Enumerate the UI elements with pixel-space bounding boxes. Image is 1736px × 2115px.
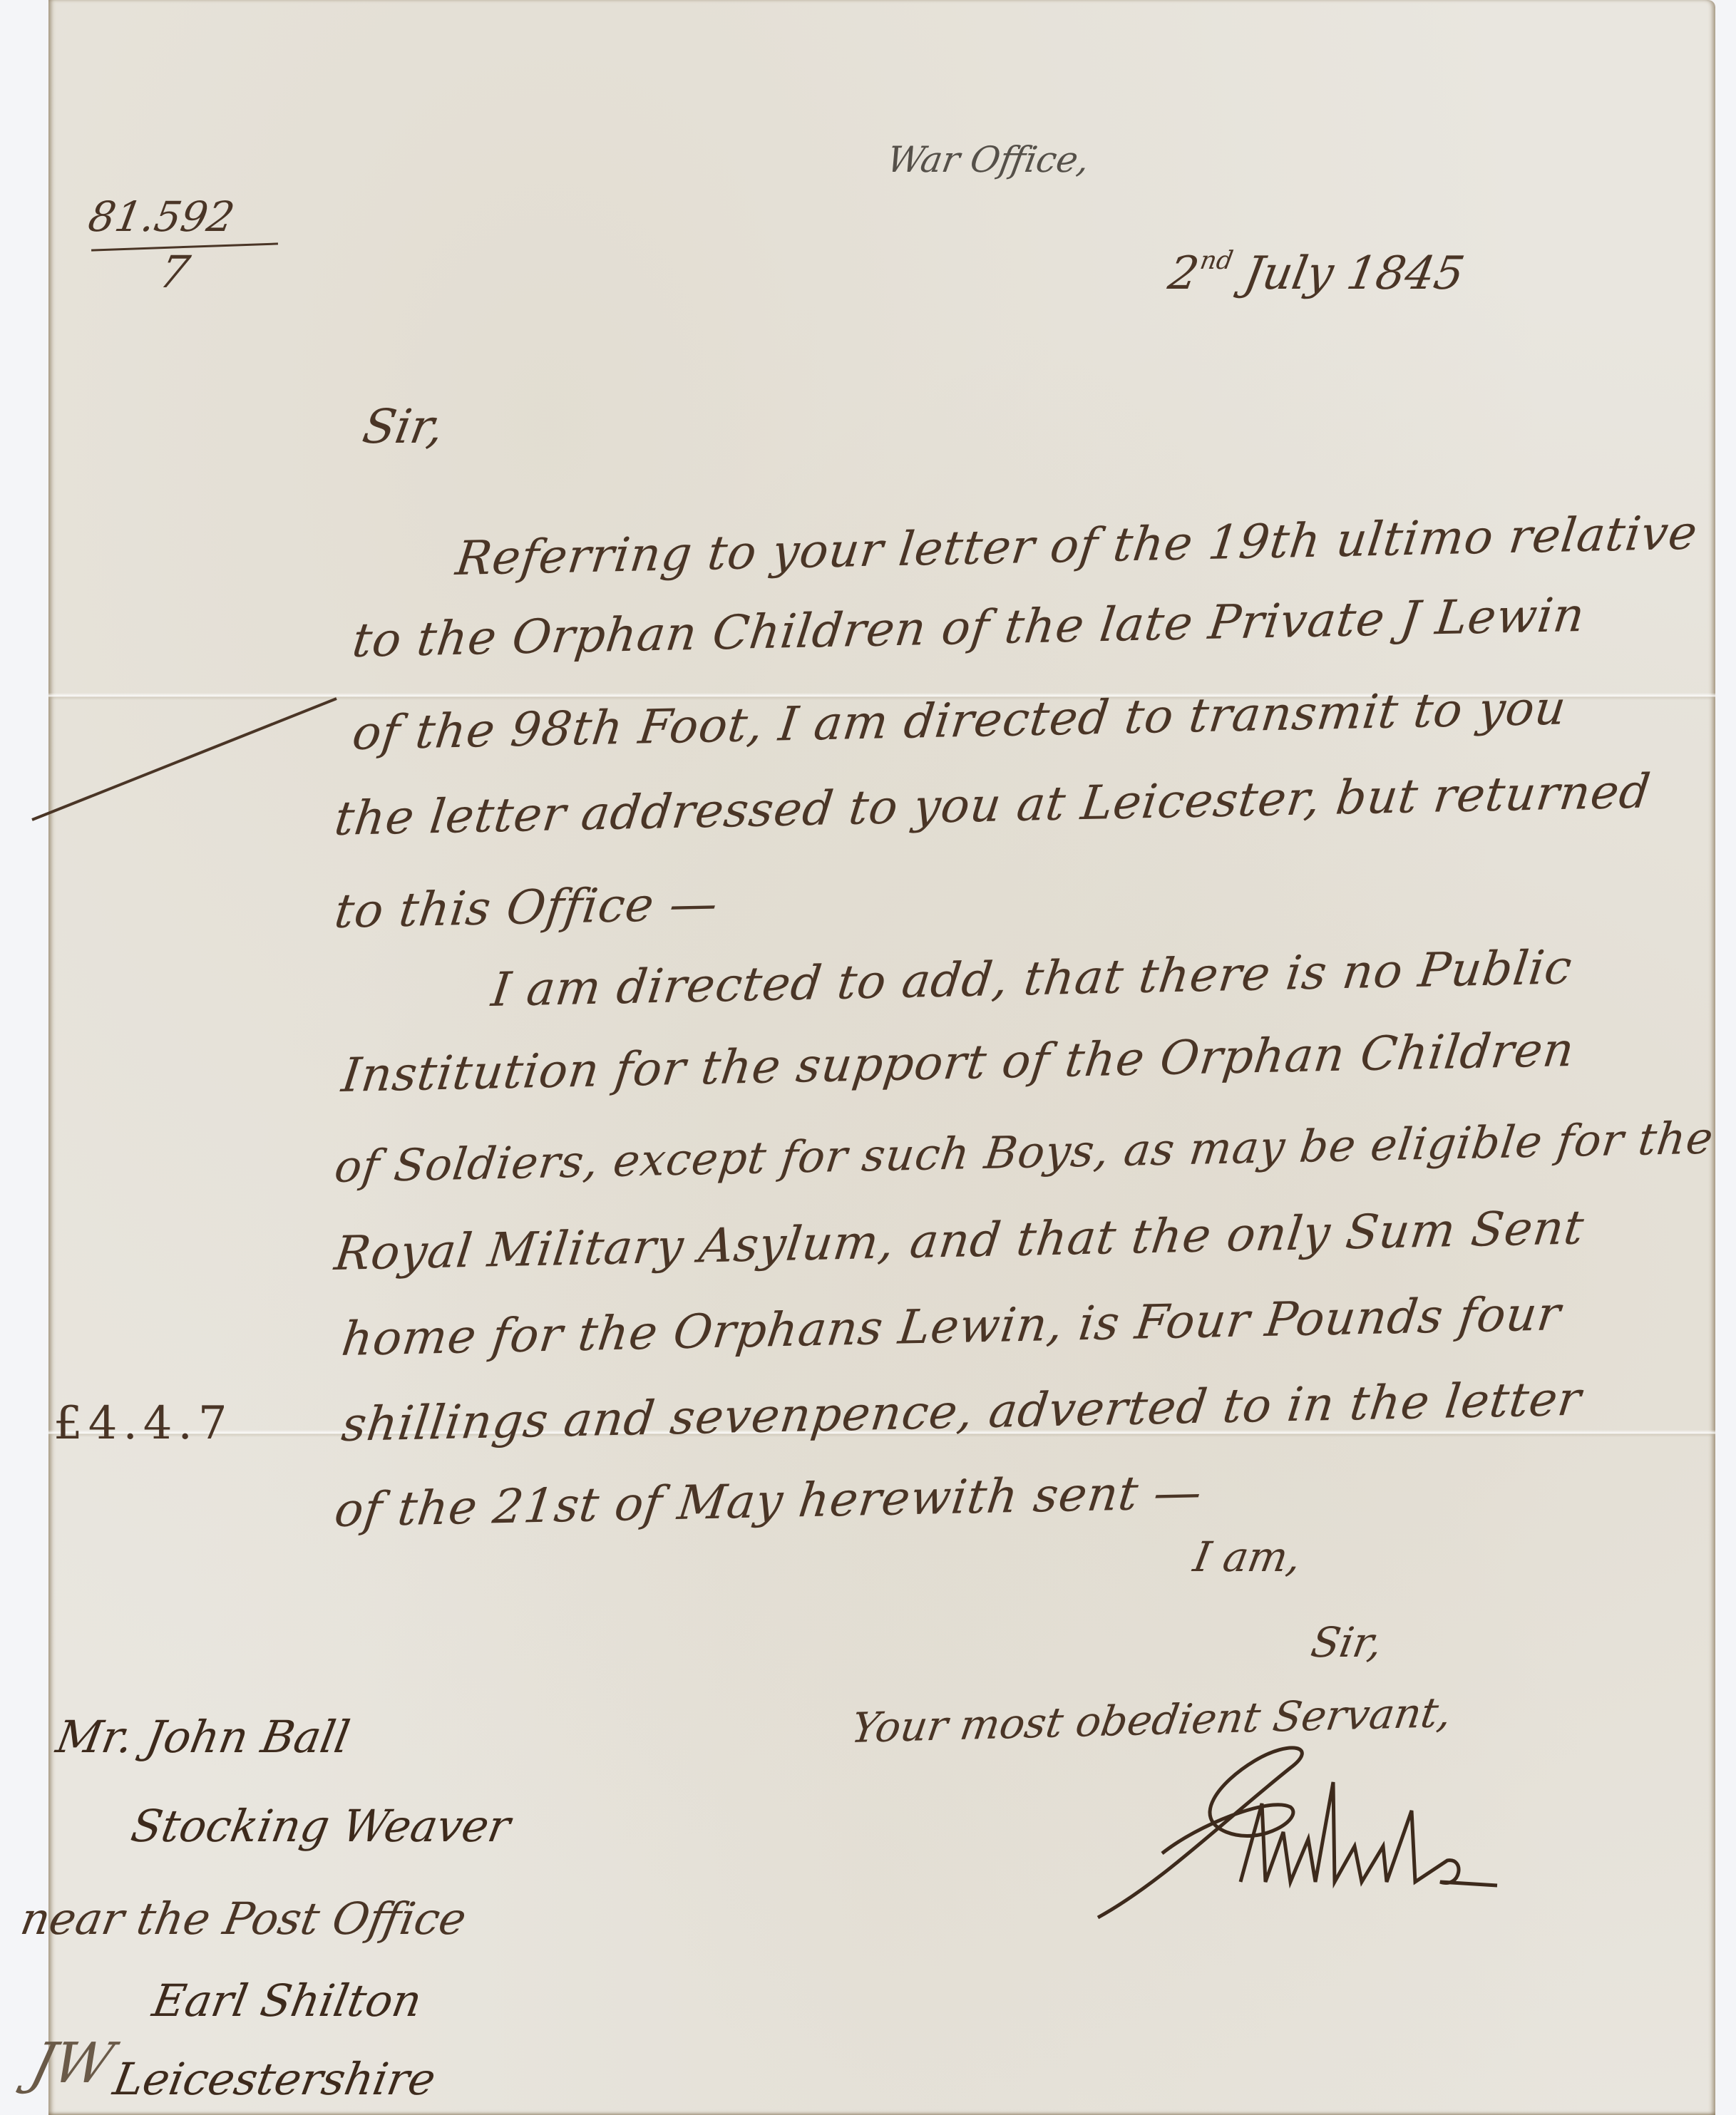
margin-note-amount: £4.4.7	[53, 1397, 233, 1450]
letterhead: War Office,	[884, 139, 1093, 180]
address-initials: JW	[24, 2032, 120, 2096]
address-location: near the Post Office	[17, 1893, 471, 1945]
date-day-suffix: nd	[1198, 246, 1235, 275]
address-county: Leicestershire	[110, 2053, 440, 2105]
signature-flourish-icon	[1077, 1739, 1604, 1925]
address-occupation: Stocking Weaver	[128, 1800, 515, 1852]
signature: F Maule	[1077, 1739, 1604, 1925]
address-name: Mr. John Ball	[53, 1711, 354, 1763]
margin-diagonal-stroke	[29, 684, 342, 827]
closing-i-am: I am,	[1190, 1533, 1305, 1581]
reference-numerator: 81.592	[85, 192, 238, 241]
salutation: Sir,	[359, 399, 448, 454]
body-line: to this Office —	[332, 876, 721, 939]
closing-sir: Sir,	[1308, 1618, 1386, 1667]
address-town: Earl Shilton	[149, 1975, 426, 2027]
date-month-year: July 1845	[1241, 247, 1469, 300]
letter-date: 2nd July 1845	[1164, 246, 1468, 300]
